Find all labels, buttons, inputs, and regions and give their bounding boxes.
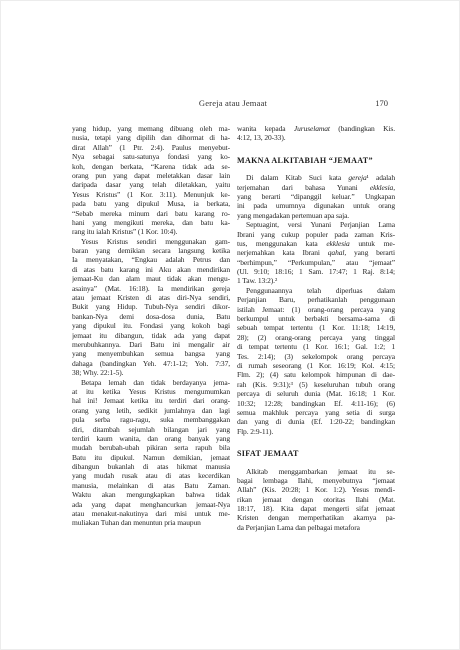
text-body: yang hidup, yang memang dibuang oleh ma-…: [72, 124, 394, 532]
text-line: asainya” (Mat. 16:18). Ia mendirikan ger…: [72, 284, 230, 293]
text-line: orang pun yang dapat meletakkan dasar la…: [72, 171, 230, 180]
text-line: “Sebab mereka minum dari batu karang ro-: [72, 209, 230, 218]
text-line: bagai lembaga Ilahi, menyebutnya “jemaat: [237, 476, 395, 485]
text-line: 10:32; 12:28; bandingkan Ef. 4:11-16); (…: [237, 399, 395, 408]
text-line: di tempat tertentu (1 Kor. 16:1; Gal. 1:…: [237, 342, 395, 351]
text-line: terjemahan dari bahasa Yunani ekklesia,: [237, 183, 395, 192]
text-line: Tes. 2:14); (3) sekelompok orang percaya: [237, 352, 395, 361]
text-line: jemaat itu dibangun, tidak ada yang dapa…: [72, 331, 230, 340]
book-page: Gereja atau Jemaat 170 yang hidup, yang …: [0, 0, 460, 650]
text-line: semua makhluk percaya yang setia di surg…: [237, 408, 395, 417]
text-line: pada batu yang dipukul Musa, ia berkata,: [72, 199, 230, 208]
text-line: di atas batu karang ini Aku akan mendiri…: [72, 265, 230, 274]
text-line: Septuagint, versi Yunani Perjanjian Lama: [237, 220, 395, 229]
running-header: Gereja atau Jemaat 170: [72, 97, 394, 109]
text-line: Batu itu dipukul. Namun demikian, jemaat: [72, 453, 230, 462]
page-number: 170: [375, 97, 388, 109]
text-line: 18:17, 18). Kita dapat mengerti sifat je…: [237, 504, 395, 513]
text-line: (Ul. 9:10; 18:16; 1 Sam. 17:47; 1 Raj. 8…: [237, 267, 395, 276]
text-line: Waktu akan mengungkapkan bahwa tidak: [72, 490, 230, 499]
text-line: tus, menggunakan kata ekklesia untuk me-: [237, 239, 395, 248]
text-line: merubuhkannya. Dari Batu ini mengalir ai…: [72, 340, 230, 349]
text-line: Yesus Kristus sendiri menggunakan gam-: [72, 237, 230, 246]
text-line: rang itu ialah Kristus” (1 Kor. 10:4).: [72, 227, 230, 236]
text-line: 38; Why. 22:1-5).: [72, 368, 230, 377]
running-title: Gereja atau Jemaat: [72, 97, 394, 109]
text-line: at itu ketika Yesus Kristus mengumumkan: [72, 387, 230, 396]
section-heading: SIFAT JEMAAT: [237, 449, 395, 458]
section-heading: MAKNA ALKITABIAH “JEMAAT”: [237, 156, 395, 165]
text-line: Alkitab menggambarkan jemaat itu se-: [237, 467, 395, 476]
text-line: di rumah seseorang (1 Kor. 16:19; Kol. 4…: [237, 361, 395, 370]
text-line: dibangun bukanlah di atas hikmat manusia: [72, 462, 230, 471]
text-line: rikan jemaat dengan otoritas Ilahi (Mat.: [237, 495, 395, 504]
text-line: Yesus Kristus” (1 Kor. 3:11). Menunjuk k…: [72, 190, 230, 199]
text-line: Allah” (Kis. 20:28; 1 Kor. 1:2). Yesus m…: [237, 485, 395, 494]
text-line: nerjemahkan kata Ibrani qahal, yang bera…: [237, 248, 395, 257]
text-line: baran yang demikian secara langsung keti…: [72, 246, 230, 255]
text-line: berkumpul untuk berbakti bersama-sama di: [237, 314, 395, 323]
text-line: da Perjanjian Lama dan pelbagai metafora: [237, 523, 395, 532]
text-line: Kristen dengan memperhatikan akarnya pa-: [237, 513, 395, 522]
text-line: Betapa lemah dan tidak berdayanya jema-: [72, 378, 230, 387]
text-line: wanita kepada Juruselamat (bandingkan Ki…: [237, 124, 395, 133]
text-line: yang mudah rusak atau di atas kecerdikan: [72, 471, 230, 480]
text-line: rah (Kis. 9:31);³ (5) keseluruhan tubuh …: [237, 380, 395, 389]
text-line: atau jemaat Kristen di atas diri-Nya sen…: [72, 293, 230, 302]
text-line: Bukit yang Hidup. Tubuh-Nya sendiri diko…: [72, 302, 230, 311]
text-line: orang yang letih, sedikit jumlahnya dan …: [72, 406, 230, 415]
text-line: yang menyembuhkan semua bangsa yang: [72, 349, 230, 358]
text-line: 1 Taw. 13:2).²: [237, 276, 395, 285]
text-line: “berhimpun,” “Perkumpulan,” atau “jemaat…: [237, 258, 395, 267]
text-line: yang berarti “dipanggil keluar.” Ungkapa…: [237, 192, 395, 201]
text-line: sebuah tempat tertentu (1 Kor. 11:18; 14…: [237, 323, 395, 332]
text-line: Ia menyatakan, “Engkau adalah Petrus dan: [72, 255, 230, 264]
text-line: hal ini! Jemaat ketika itu terdiri dari …: [72, 396, 230, 405]
text-line: 28); (2) orang-orang percaya yang tingga…: [237, 333, 395, 342]
text-line: pula serba ragu-ragu, suka membanggakan: [72, 415, 230, 424]
text-line: dirat Allah” (1 Ptr. 2:4). Paulus menyeb…: [72, 143, 230, 152]
text-line: Flp. 2:9-11).: [237, 427, 395, 436]
text-line: percaya di seluruh dunia (Mat. 16:18; 1 …: [237, 389, 395, 398]
right-column: wanita kepada Juruselamat (bandingkan Ki…: [237, 124, 395, 532]
text-line: yang dipukul itu. Fondasi yang kokoh bag…: [72, 321, 230, 330]
text-line: Ibrani yang cukup populer pada zaman Kri…: [237, 230, 395, 239]
text-line: Flm. 2); (4) satu kelompok himpunan di d…: [237, 370, 395, 379]
text-line: dan yang di dunia (Ef. 1:20-22; bandingk…: [237, 417, 395, 426]
text-line: manusia, melainkan di atas Batu Zaman.: [72, 481, 230, 490]
text-line: yang mengadakan pertemuan apa saja.: [237, 211, 395, 220]
text-line: ini pada umumnya digunakan untuk orang: [237, 201, 395, 210]
text-line: mudah berubah-ubah pikiran serta rapuh b…: [72, 443, 230, 452]
text-line: bankan-Nya demi dosa-dosa dunia, Batu: [72, 312, 230, 321]
text-line: diri, ditambah sejumlah bilangan jari ya…: [72, 425, 230, 434]
text-line: atau menakut-nakutinya dari misi untuk m…: [72, 509, 230, 518]
text-line: hani yang mengikuti mereka, dan batu ka-: [72, 218, 230, 227]
text-line: daripada dasar yang telah diletakkan, ya…: [72, 180, 230, 189]
left-column: yang hidup, yang memang dibuang oleh ma-…: [72, 124, 230, 532]
text-line: muliakan Tuhan dan menuntun pria maupun: [72, 518, 230, 527]
text-line: ada yang dapat menghancurkan jemaat-Nya: [72, 500, 230, 509]
text-line: koh, dengan berkata, “Karena tidak ada s…: [72, 162, 230, 171]
text-line: 4:12, 13, 20-33).: [237, 133, 395, 142]
text-line: Penggunaannya telah diperluas dalam: [237, 286, 395, 295]
text-line: Nya sebagai satu-satunya fondasi yang ko…: [72, 152, 230, 161]
text-line: jemaat-Ku dan alam maut tidak akan mengu…: [72, 274, 230, 283]
text-line: istilah Jemaat: (1) orang-orang percaya …: [237, 305, 395, 314]
text-line: Di dalam Kitab Suci kata gereja¹ adalah: [237, 173, 395, 182]
text-line: Perjanjian Baru, perhatikanlah penggunaa…: [237, 295, 395, 304]
text-line: terdiri kaum wanita, dan orang banyak ya…: [72, 434, 230, 443]
text-line: nusia, tetapi yang dipilih dan dihormat …: [72, 133, 230, 142]
text-line: yang hidup, yang memang dibuang oleh ma-: [72, 124, 230, 133]
text-line: dahaga (bandingkan Yeh. 47:1-12; Yoh. 7:…: [72, 359, 230, 368]
